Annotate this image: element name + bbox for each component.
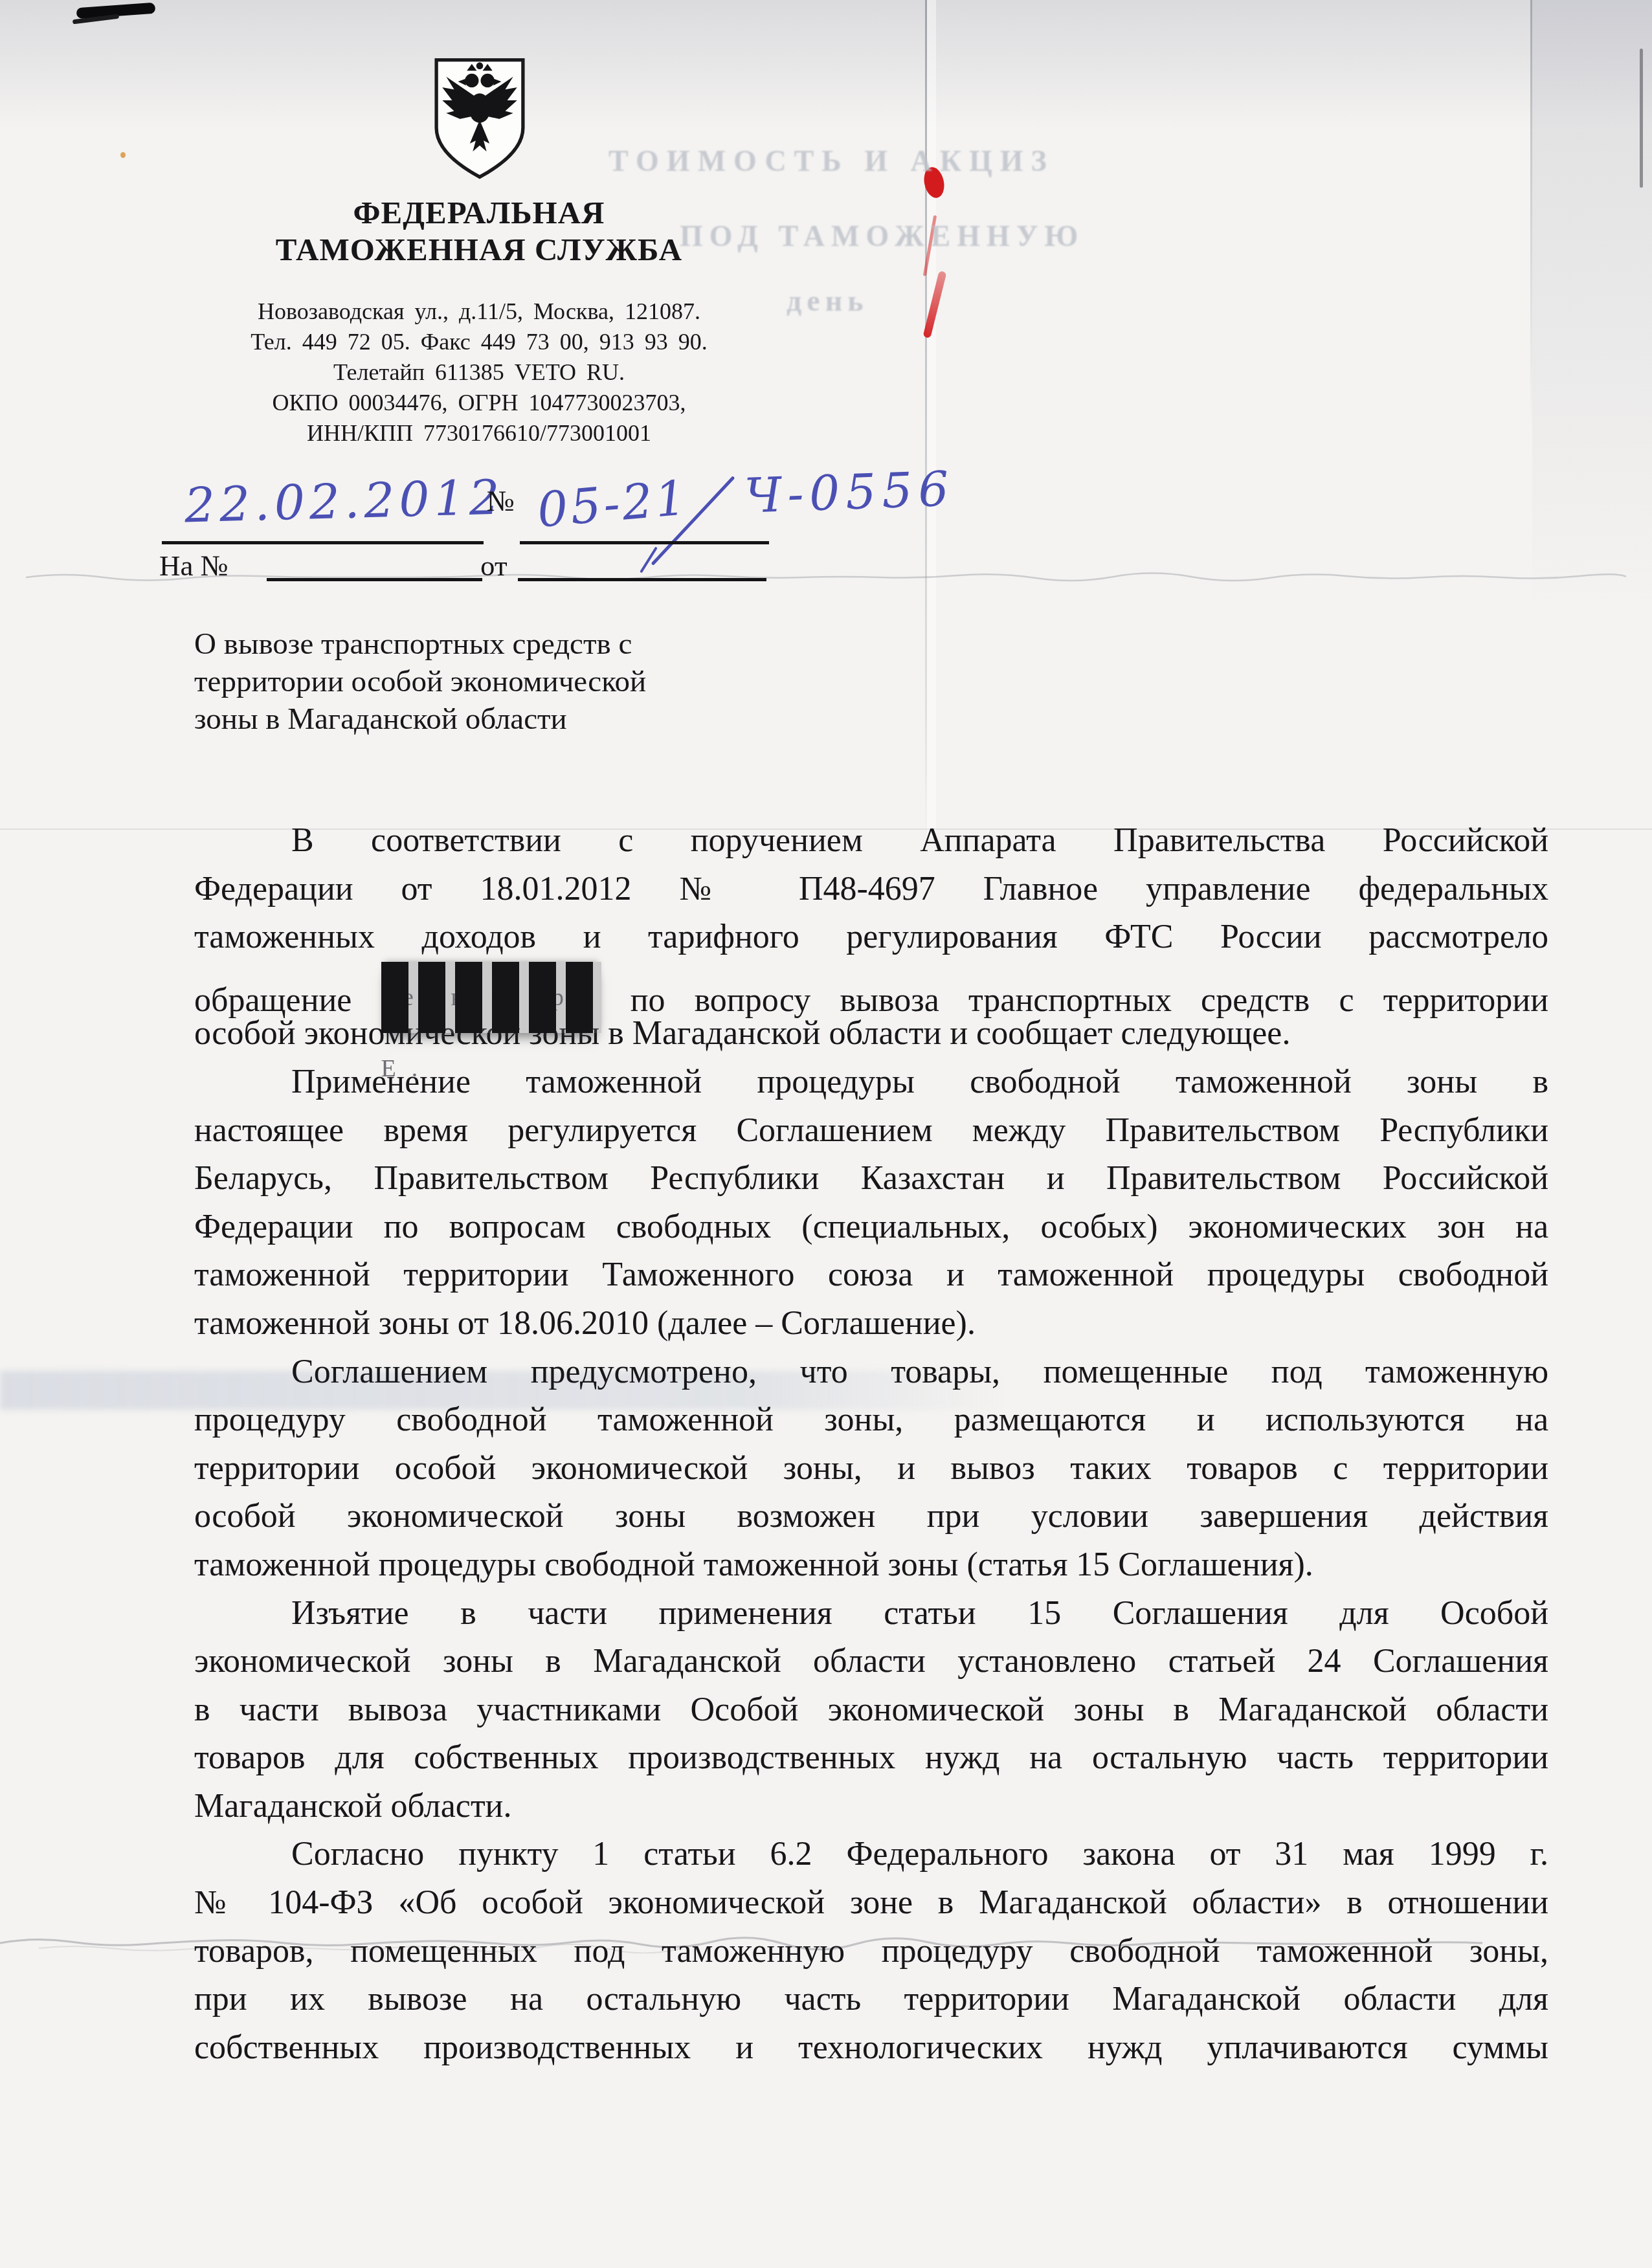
address-line: ИНН/КПП 7730176610/773001001 [188, 418, 770, 449]
body-line: В соответствии с поручением Аппарата Пра… [194, 817, 1548, 865]
body-line: в части вывоза участниками Особой эконом… [194, 1686, 1548, 1735]
org-name-line-1: ФЕДЕРАЛЬНАЯ [188, 194, 770, 231]
handwritten-number-left: 05-21 [535, 470, 691, 539]
vertical-fold-halo [927, 0, 936, 838]
na-underline [267, 578, 482, 581]
subject-line-2: территории особой экономической [194, 663, 842, 700]
body-line: таможенной зоны от 18.06.2010 (далее – С… [194, 1300, 1548, 1348]
body-line: товаров для собственных производственных… [194, 1734, 1548, 1783]
body-line: Согласно пункту 1 статьи 6.2 Федеральног… [194, 1830, 1548, 1879]
body-line: территории особой экономической зоны, и … [194, 1445, 1548, 1493]
number-sign-label: № [487, 484, 515, 518]
body-line: № 104-ФЗ «Об особой экономической зоне в… [194, 1879, 1548, 1928]
ghost-bleedthrough-line-1: ТОИМОСТЬ И АКЦИЗ [608, 144, 1055, 178]
body-line: Беларусь, Правительством Республики Каза… [194, 1155, 1548, 1203]
date-underline [162, 541, 484, 544]
coat-of-arms-icon [430, 55, 529, 182]
ot-underline [518, 578, 766, 581]
handwritten-date: 22.02.2012 [184, 470, 505, 534]
number-underline [520, 541, 769, 544]
redaction-bars [381, 962, 601, 1033]
subject-block: О вывозе транспортных средств с территор… [194, 625, 842, 738]
right-edge-shading [1532, 0, 1652, 615]
scan-top-shading [0, 0, 1652, 129]
body-line: Изъятие в части применения статьи 15 Сог… [194, 1590, 1548, 1638]
address-line: ОКПО 00034476, ОГРН 1047730023703, [188, 388, 770, 418]
address-line: Новозаводская ул., д.11/5, Москва, 12108… [188, 296, 770, 327]
redaction-block: е н н р Е. [381, 962, 601, 1033]
body-line: таможенных доходов и тарифного регулиров… [194, 913, 1548, 962]
address-line: Тел. 449 72 05. Факс 449 73 00, 913 93 9… [188, 327, 770, 357]
body-line: процедуру свободной таможенной зоны, раз… [194, 1396, 1548, 1445]
address-line: Телетайп 611385 VETO RU. [188, 357, 770, 388]
ghost-bleedthrough-line-3: день [787, 283, 869, 318]
body-line: Федерации по вопросам свободных (специал… [194, 1203, 1548, 1252]
body-line: таможенной территории Таможенного союза … [194, 1251, 1548, 1300]
handwritten-number-right: Ч-0556 [744, 461, 955, 524]
subject-line-3: зоны в Магаданской области [194, 700, 842, 738]
body-line: экономической зоны в Магаданской области… [194, 1638, 1548, 1686]
body-line: при их вывозе на остальную часть террито… [194, 1975, 1548, 2024]
vertical-fold-line-1 [925, 0, 927, 838]
org-name-line-2: ТАМОЖЕННАЯ СЛУЖБА [188, 231, 770, 268]
scanned-letter-page: ТОИМОСТЬ И АКЦИЗ ПОД ТАМОЖЕННУЮ день ФЕД… [0, 0, 1652, 2268]
body-line: Магаданской области. [194, 1783, 1548, 1831]
horizontal-crease-wavy-1 [26, 568, 1626, 585]
ot-label: от [480, 549, 508, 583]
body-line: собственных производственных и технологи… [194, 2024, 1548, 2073]
org-name: ФЕДЕРАЛЬНАЯ ТАМОЖЕННАЯ СЛУЖБА [188, 194, 770, 268]
paper-speck [120, 152, 126, 158]
body-line: Федерации от 18.01.2012 № П48-4697 Главн… [194, 865, 1548, 914]
body-line: обращение е н н р Е. по вопросу вывоза т… [194, 962, 1548, 1010]
body-line: особой экономической зоны возможен при у… [194, 1493, 1548, 1541]
body-line: настоящее время регулируется Соглашением… [194, 1107, 1548, 1155]
na-number-label: На № [159, 549, 229, 583]
body-line: Соглашением предусмотрено, что товары, п… [194, 1348, 1548, 1397]
body-line: товаров, помещенных под таможенную проце… [194, 1928, 1548, 1976]
body-line: таможенной процедуры свободной таможенно… [194, 1541, 1548, 1590]
letter-body: В соответствии с поручением Аппарата Пра… [194, 817, 1548, 2072]
letterhead-address: Новозаводская ул., д.11/5, Москва, 12108… [188, 296, 770, 449]
subject-line-1: О вывозе транспортных средств с [194, 625, 842, 663]
right-edge-dark-sliver [1640, 49, 1643, 188]
